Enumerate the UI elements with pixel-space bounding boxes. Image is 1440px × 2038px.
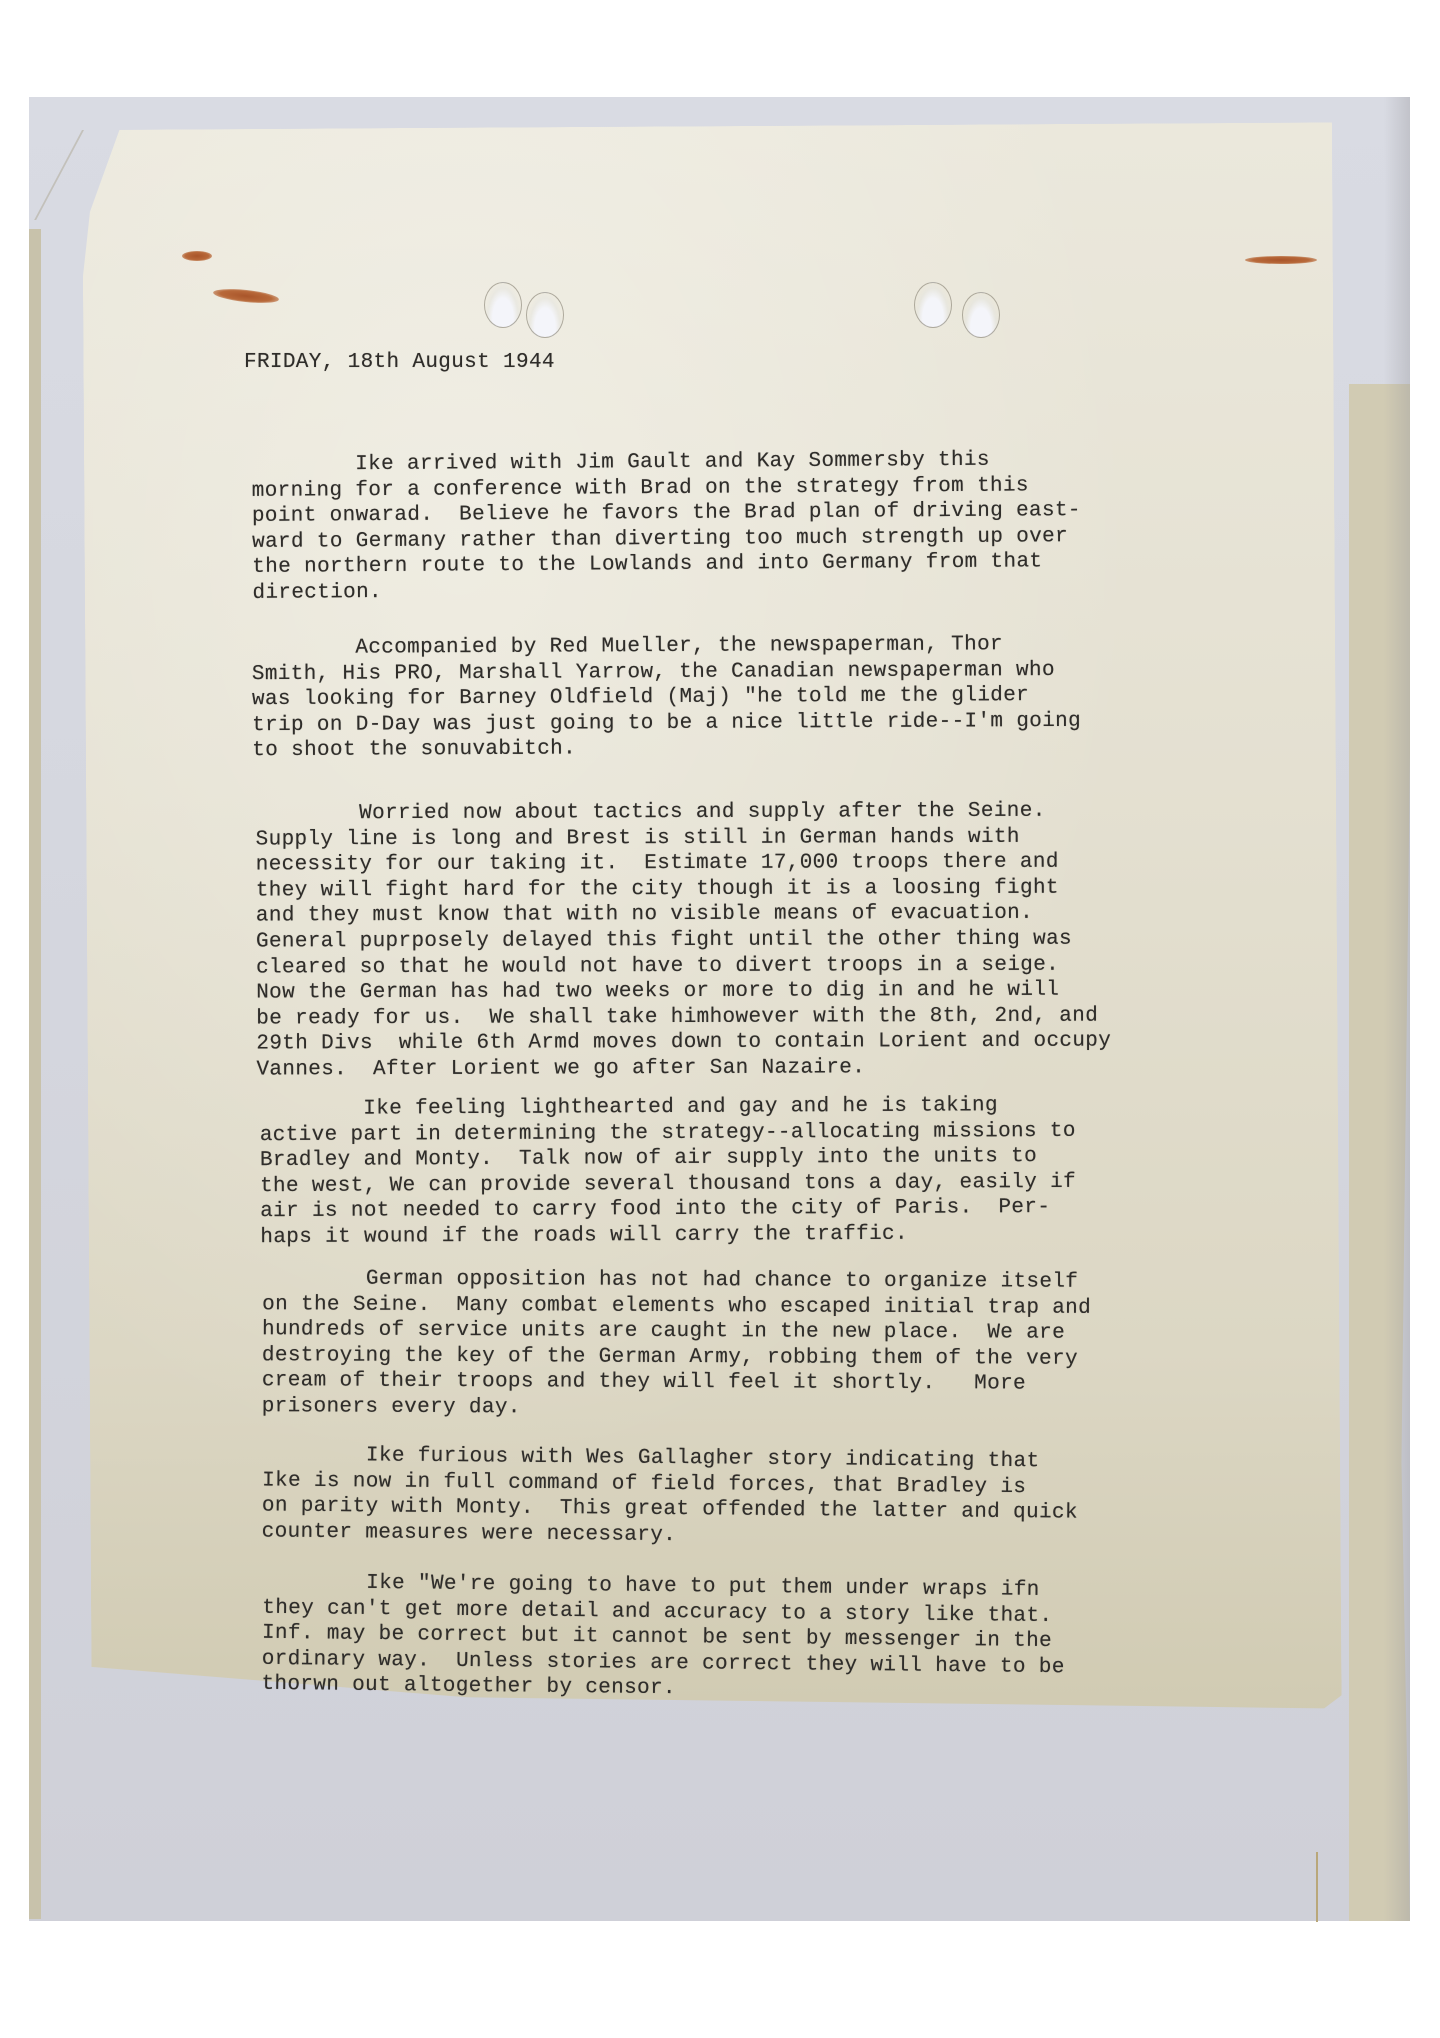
date-heading: FRIDAY, 18th August 1944 (244, 350, 555, 376)
text-line: they will fight hard for the city though… (256, 875, 1111, 904)
adjacent-page-edge (29, 229, 41, 1919)
text-line: Vannes. After Lorient we go after San Na… (256, 1054, 1111, 1083)
paragraph: Ike arrived with Jim Gault and Kay Somme… (251, 447, 1081, 606)
text-line: cream of their troops and they will feel… (262, 1369, 1091, 1398)
text-line: haps it wound if the roads will carry th… (260, 1221, 1076, 1251)
text-line: Supply line is long and Brest is still i… (256, 824, 1111, 853)
text-line: Worried now about tactics and supply aft… (256, 799, 1111, 828)
punch-hole (914, 282, 952, 328)
underlying-sheet-edge (1349, 384, 1410, 1921)
text-line: Accompanied by Red Mueller, the newspape… (252, 632, 1081, 662)
text-line: trip on D-Day was just going to be a nic… (252, 709, 1081, 739)
text-line: German opposition has not had chance to … (262, 1266, 1091, 1295)
text-line: and they must know that with no visible … (256, 901, 1111, 930)
paragraph: Ike "We're going to have to put them und… (261, 1570, 1065, 1706)
text-line: Bradley and Monty. Talk now of air suppl… (260, 1144, 1076, 1174)
text-line: on the Seine. Many combat elements who e… (262, 1292, 1091, 1321)
text-line: was looking for Barney Oldfield (Maj) "h… (252, 683, 1081, 713)
punch-hole (962, 292, 1000, 338)
sheet-edge-line (1316, 1852, 1318, 1922)
text-line: destroying the key of the German Army, r… (262, 1343, 1091, 1372)
rust-stain-staple-left-top (182, 251, 212, 261)
text-line: cleared so that he would not have to div… (256, 952, 1111, 981)
paragraph: Ike feeling lighthearted and gay and he … (260, 1093, 1077, 1251)
text-line: 29th Divs while 6th Armd moves down to c… (256, 1029, 1111, 1058)
text-line: be ready for us. We shall take himhoweve… (256, 1003, 1111, 1032)
text-line: prisoners every day. (262, 1394, 1091, 1423)
paragraph: German opposition has not had chance to … (262, 1266, 1092, 1423)
punch-hole (526, 292, 564, 338)
paragraph: Accompanied by Red Mueller, the newspape… (252, 632, 1082, 764)
punch-hole (484, 282, 522, 328)
text-line: hundreds of service units are caught in … (262, 1317, 1091, 1346)
text-line: Ike feeling lighthearted and gay and he … (260, 1093, 1076, 1123)
rust-stain-staple-right (1245, 256, 1317, 264)
text-line: necessity for our taking it. Estimate 17… (256, 850, 1111, 879)
paragraph: Worried now about tactics and supply aft… (256, 799, 1112, 1084)
text-line: General puprposely delayed this fight un… (256, 926, 1111, 955)
paragraph: Ike furious with Wes Gallagher story ind… (262, 1442, 1079, 1551)
text-line: to shoot the sonuvabitch. (252, 734, 1081, 764)
text-line: air is not needed to carry food into the… (260, 1195, 1076, 1225)
text-line: Now the German has had two weeks or more… (256, 978, 1111, 1007)
